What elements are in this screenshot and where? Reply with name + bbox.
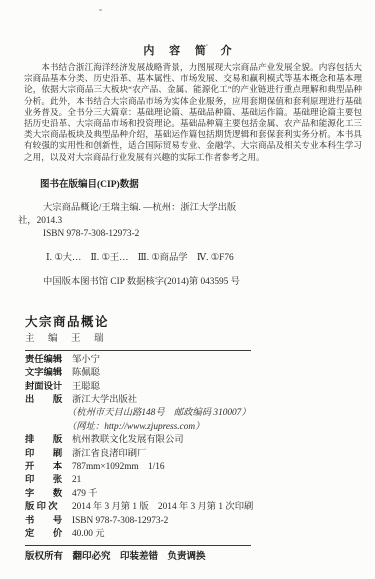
intro-paragraph: 本书结合浙江海洋经济发展战略背景，力图展现大宗商品产业发展全貌。内容包括大宗商品… (24, 62, 362, 163)
book-copyright-page: 内 容 简 介 本书结合浙江海洋经济发展战略背景，力图展现大宗商品产业发展全貌。… (0, 0, 375, 579)
intro-heading: 内 容 简 介 (0, 44, 375, 58)
colophon-row-price: 定 价 40.00 元 (25, 528, 375, 541)
copyright-notice: 版权所有 翻印必究 印装差错 负责调换 (25, 551, 375, 564)
book-title: 大宗商品概论 (25, 315, 375, 330)
colophon-value: 邹小宁 (72, 354, 100, 367)
colophon-value: 40.00 元 (72, 528, 105, 541)
colophon-value: 21 (72, 474, 81, 487)
cip-classification: Ⅰ. ①大… Ⅱ. ①王… Ⅲ. ①商品学 Ⅳ. ①F76 (46, 252, 375, 265)
cip-title-wrap: 社，2014.3 (18, 215, 375, 228)
colophon-label: 书 号 (25, 515, 72, 528)
divider-line-bottom (25, 545, 251, 546)
colophon-row-word-count: 字 数 479 千 (25, 488, 375, 501)
colophon-row-text-editor: 文字编辑 陈佩聪 (25, 367, 375, 380)
scan-speck (206, 44, 208, 46)
colophon-label: 印 张 (25, 474, 72, 487)
colophon-value: 王聪聪 (72, 381, 100, 394)
chief-editor-label: 主 编 (25, 334, 60, 344)
colophon-row-printing: 印 刷 浙江省良渚印刷厂 (25, 448, 375, 461)
colophon-row-cover-design: 封面设计 王聪聪 (25, 381, 375, 394)
colophon-row-edition: 版 印 次 2014 年 3 月第 1 版 2014 年 3 月第 1 次印刷 (25, 501, 375, 514)
colophon-value: 787mm×1092mm 1/16 (72, 461, 165, 474)
colophon-label: 版 印 次 (25, 501, 72, 514)
colophon-value: 陈佩聪 (72, 367, 100, 380)
colophon-value: ISBN 978-7-308-12973-2 (72, 515, 168, 528)
colophon-row-isbn: 书 号 ISBN 978-7-308-12973-2 (25, 515, 375, 528)
colophon-value: 2014 年 3 月第 1 版 2014 年 3 月第 1 次印刷 (72, 501, 253, 514)
scan-speck (99, 9, 102, 11)
colophon-label: 文字编辑 (25, 367, 72, 380)
colophon-row-responsible-editor: 责任编辑 邹小宁 (25, 354, 375, 367)
colophon: 责任编辑 邹小宁 文字编辑 陈佩聪 封面设计 王聪聪 出 版 浙江大学出版社 （… (25, 354, 375, 542)
cip-record-number: 中国版本图书馆 CIP 数据核字(2014)第 043595 号 (43, 276, 375, 289)
colophon-row-format: 开 本 787mm×1092mm 1/16 (25, 461, 375, 474)
colophon-row-sheets: 印 张 21 (25, 474, 375, 487)
colophon-label: 字 数 (25, 488, 72, 501)
colophon-label: 排 版 (25, 434, 72, 447)
colophon-value: 浙江省良渚印刷厂 (72, 448, 146, 461)
publisher-address: （杭州市天目山路148号 邮政编码 310007） (67, 407, 375, 420)
publisher-website: （网址：http://www.zjupress.com） (67, 421, 375, 434)
cip-heading: 图书在版编目(CIP)数据 (40, 179, 375, 192)
colophon-label: 定 价 (25, 528, 72, 541)
colophon-row-publisher: 出 版 浙江大学出版社 (25, 394, 375, 407)
colophon-label: 开 本 (25, 461, 72, 474)
colophon-label: 责任编辑 (25, 354, 72, 367)
cip-isbn: ISBN 978-7-308-12973-2 (43, 228, 375, 241)
colophon-label: 印 刷 (25, 448, 72, 461)
colophon-value: 杭州教联文化发展有限公司 (72, 434, 184, 447)
cip-block: 大宗商品概论/王瑞主编. —杭州：浙江大学出版 社，2014.3 ISBN 97… (18, 202, 375, 289)
colophon-row-typesetting: 排 版 杭州教联文化发展有限公司 (25, 434, 375, 447)
chief-editor-name: 王 瑞 (71, 334, 106, 344)
divider-line-top (25, 350, 251, 351)
colophon-value: 479 千 (72, 488, 98, 501)
colophon-label: 封面设计 (25, 381, 72, 394)
colophon-value: 浙江大学出版社 (72, 394, 137, 407)
cip-title-line: 大宗商品概论/王瑞主编. —杭州：浙江大学出版 (43, 202, 375, 215)
colophon-label: 出 版 (25, 394, 72, 407)
chief-editor-line: 主 编 王 瑞 (25, 333, 375, 346)
